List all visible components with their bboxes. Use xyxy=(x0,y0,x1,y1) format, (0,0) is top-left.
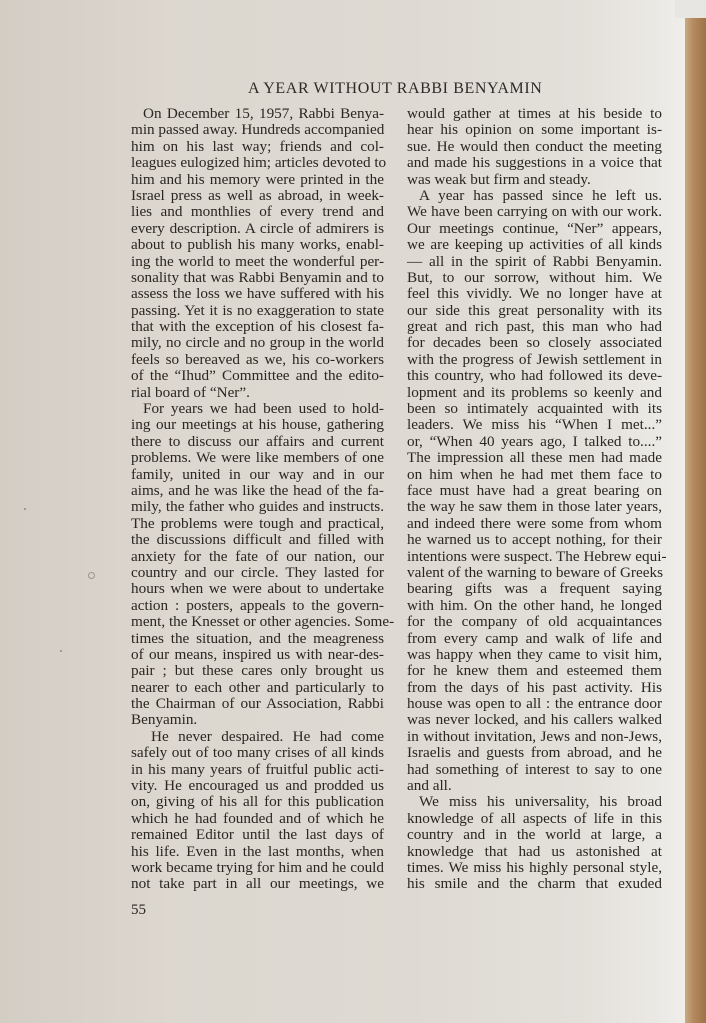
text-line: or, “When 40 years ago, I talked to....” xyxy=(407,434,662,450)
book-page: A YEAR WITHOUT RABBI BENYAMIN On Decembe… xyxy=(0,0,685,1023)
text-line: not take part in all our meetings, we xyxy=(131,876,384,892)
text-line: aims, and he was like the head of the fa… xyxy=(131,483,384,499)
text-line: that with the exception of his closest f… xyxy=(131,319,384,335)
text-line: from the days of his past activity. His xyxy=(407,680,662,696)
text-line: been so intimately acquainted with its xyxy=(407,401,662,417)
text-line: The problems were tough and practical, xyxy=(131,516,384,532)
text-line: nearer to each other and particularly to xyxy=(131,680,384,696)
text-line: vity. He encouraged us and prodded us xyxy=(131,778,384,794)
text-line: — all in the spirit of Rabbi Benyamin. xyxy=(407,254,662,270)
text-line: The impression all these men had made xyxy=(407,450,662,466)
text-line: passing. Yet it is no exaggeration to st… xyxy=(131,303,384,319)
text-line: the Chairman of our Association, Rabbi xyxy=(131,696,384,712)
text-line: assess the loss we have suffered with hi… xyxy=(131,286,384,302)
text-line: Our meetings continue, “Ner” appears, xyxy=(407,221,662,237)
text-line: him on his last way; friends and col- xyxy=(131,139,384,155)
text-line: ing the world to meet the wonderful per- xyxy=(131,254,384,270)
paper-speck xyxy=(88,572,95,579)
text-line: ing our meetings at his house, gathering xyxy=(131,417,384,433)
text-line: valent of the warning to beware of Greek… xyxy=(407,565,662,581)
text-line: For years we had been used to hold- xyxy=(131,401,384,417)
text-line: with him. On the other hand, he longed xyxy=(407,598,662,614)
text-line: anxiety for the fate of our nation, our xyxy=(131,549,384,565)
text-line: min passed away. Hundreds accompanied xyxy=(131,122,384,138)
text-line: country and in the world at large, a xyxy=(407,827,662,843)
text-line: action : posters, appeals to the govern- xyxy=(131,598,384,614)
text-line: for decades been so closely associated xyxy=(407,335,662,351)
text-line: and indeed there were some from whom xyxy=(407,516,662,532)
text-line: which he had founded and of which he xyxy=(131,811,384,827)
text-line: We have been carrying on with our work. xyxy=(407,204,662,220)
text-line: knowledge of all aspects of life in this xyxy=(407,811,662,827)
text-line: Benyamin. xyxy=(131,712,384,728)
text-line: the discussions difficult and filled wit… xyxy=(131,532,384,548)
text-line: every description. A circle of admirers … xyxy=(131,221,384,237)
text-line: We miss his universality, his broad xyxy=(407,794,662,810)
text-line: intentions were suspect. The Hebrew equi… xyxy=(407,549,662,565)
text-line: leaders. We miss his “When I met...” xyxy=(407,417,662,433)
text-line: for the company of old acquaintances xyxy=(407,614,662,630)
text-line: On December 15, 1957, Rabbi Benya- xyxy=(131,106,384,122)
right-column: would gather at times at his beside to h… xyxy=(407,106,662,893)
text-line: Israel press as well as abroad, in week- xyxy=(131,188,384,204)
text-line: of the “Ihud” Committee and the edito- xyxy=(131,368,384,384)
text-line: about to publish his many works, enabl- xyxy=(131,237,384,253)
text-line: mily, no circle and no group in the worl… xyxy=(131,335,384,351)
text-line: our side this great personality with its xyxy=(407,303,662,319)
text-line: problems. We were like members of one xyxy=(131,450,384,466)
text-line: this country, who had followed its deve- xyxy=(407,368,662,384)
text-line: was happy when they came to visit him, xyxy=(407,647,662,663)
text-line: him and his memory were printed in the xyxy=(131,172,384,188)
text-line: face must have had a great bearing on xyxy=(407,483,662,499)
text-line: we are keeping up activities of all kind… xyxy=(407,237,662,253)
text-line: great and rich past, this man who had xyxy=(407,319,662,335)
article-title: A YEAR WITHOUT RABBI BENYAMIN xyxy=(248,80,542,98)
text-line: for he knew them and esteemed them xyxy=(407,663,662,679)
text-line: family, united in our way and in our xyxy=(131,467,384,483)
text-line: hours when we were about to undertake xyxy=(131,581,384,597)
page-number: 55 xyxy=(131,902,146,919)
text-line: lopment and its problems so keenly and xyxy=(407,385,662,401)
text-line: safely out of too many crises of all kin… xyxy=(131,745,384,761)
text-line: pair ; but these cares only brought us xyxy=(131,663,384,679)
text-line: there to discuss our affairs and current xyxy=(131,434,384,450)
text-line: with the progress of Jewish settlement i… xyxy=(407,352,662,368)
text-line: his life. Even in the last months, when xyxy=(131,844,384,860)
text-line: of our means, inspired us with near-des- xyxy=(131,647,384,663)
text-line: sue. He would then conduct the meeting xyxy=(407,139,662,155)
text-line: mily, the father who guides and instruct… xyxy=(131,499,384,515)
paper-speck xyxy=(60,650,62,652)
text-line: knowledge that had us astonished at xyxy=(407,844,662,860)
text-line: feel this vividly. We no longer have at xyxy=(407,286,662,302)
paper-speck xyxy=(24,508,26,510)
text-line: in without invitation, Jews and non-Jews… xyxy=(407,729,662,745)
text-line: rial board of “Ner”. xyxy=(131,385,384,401)
text-line: the way he saw them in those later years… xyxy=(407,499,662,515)
text-line: bearing gifts was a frequent saying xyxy=(407,581,662,597)
text-line: from every camp and walk of life and xyxy=(407,631,662,647)
text-line: house was open to all : the entrance doo… xyxy=(407,696,662,712)
background-corner xyxy=(675,0,706,18)
text-line: he warned us to accept nothing, for thei… xyxy=(407,532,662,548)
text-line: Israelis and guests from abroad, and he xyxy=(407,745,662,761)
text-line: lies and monthlies of every trend and xyxy=(131,204,384,220)
text-line: He never despaired. He had come xyxy=(131,729,384,745)
text-line: hear his opinion on some important is- xyxy=(407,122,662,138)
text-line: But, to our sorrow, without him. We xyxy=(407,270,662,286)
left-column: On December 15, 1957, Rabbi Benya- min p… xyxy=(131,106,384,893)
text-line: remained Editor until the last days of xyxy=(131,827,384,843)
text-line: feels so bereaved as we, his co-workers xyxy=(131,352,384,368)
text-line: A year has passed since he left us. xyxy=(407,188,662,204)
text-line: country and our circle. They lasted for xyxy=(131,565,384,581)
text-line: was weak but firm and steady. xyxy=(407,172,662,188)
text-line: work became trying for him and he could xyxy=(131,860,384,876)
text-line: sonality that was Rabbi Benyamin and to xyxy=(131,270,384,286)
text-line: in his many years of fruitful public act… xyxy=(131,762,384,778)
text-line: on, giving of his all for this publicati… xyxy=(131,794,384,810)
text-line: ment, the Knesset or other agencies. Som… xyxy=(131,614,384,630)
text-line: would gather at times at his beside to xyxy=(407,106,662,122)
text-line: and made his suggestions in a voice that xyxy=(407,155,662,171)
text-line: leagues eulogized him; articles devoted … xyxy=(131,155,384,171)
book-spine-edge xyxy=(685,0,706,1023)
text-line: and all. xyxy=(407,778,662,794)
text-line: times. We miss his highly personal style… xyxy=(407,860,662,876)
text-line: times the situation, and the meagreness xyxy=(131,631,384,647)
text-line: his smile and the charm that exuded xyxy=(407,876,662,892)
text-line: had something of interest to say to one xyxy=(407,762,662,778)
text-line: was never locked, and his callers walked xyxy=(407,712,662,728)
text-line: on him when he had met them face to xyxy=(407,467,662,483)
